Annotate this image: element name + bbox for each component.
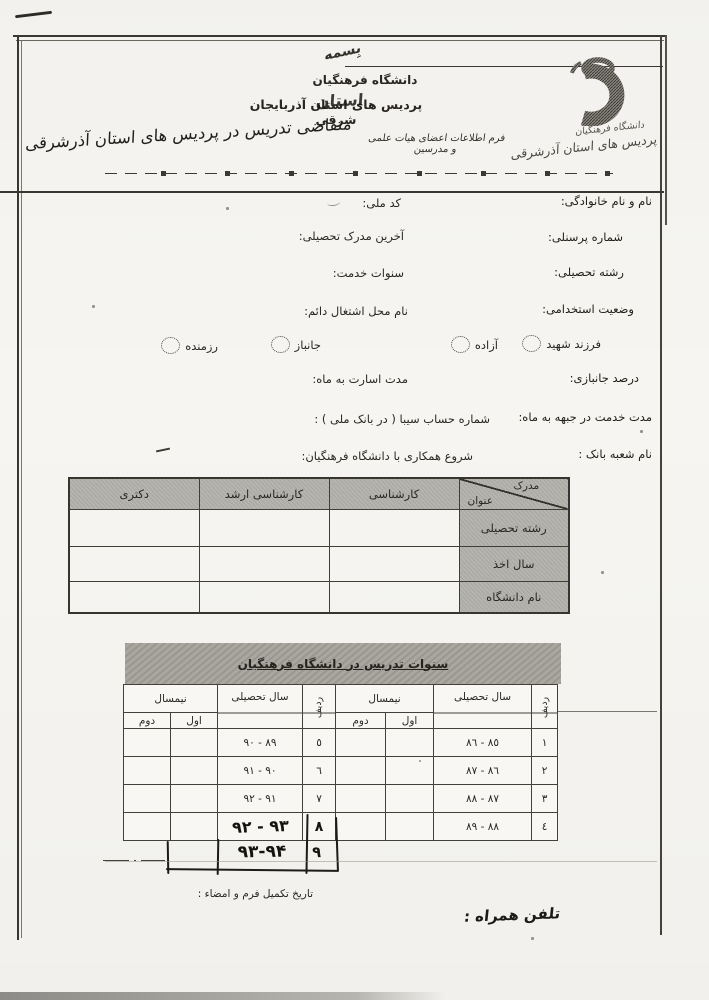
sem2-header-left: دوم xyxy=(124,713,171,729)
row-no-header-right: ردیف xyxy=(532,685,558,729)
option-razmandeh-label: رزمنده xyxy=(185,339,218,353)
row-no: ٧ xyxy=(303,785,336,813)
frame-top-outer xyxy=(13,35,667,37)
year-value: ٨٥ - ٨٦ xyxy=(434,729,532,757)
empty-cell xyxy=(329,581,459,613)
frame-left-outer xyxy=(17,35,19,940)
empty-cell xyxy=(199,509,329,546)
degree-table: مدرک عنوان کارشناسی کارشناسی ارشد دکتری … xyxy=(68,477,570,614)
table-row: ٣ ٨٧ - ٨٨ ٧ ٩١ - ٩٢ xyxy=(124,785,558,813)
date-signature-label: تاریخ تکمیل فرم و امضاء : xyxy=(198,888,313,900)
pen-tick-mark xyxy=(156,448,170,453)
added-row-year-handwritten: ۹۳-۹۴ xyxy=(218,841,306,863)
teaching-table-title: سنوات تدریس در دانشگاه فرهنگیان xyxy=(238,657,449,671)
noise-dot xyxy=(419,760,421,762)
bismillah-scribble: بِسمه xyxy=(324,40,361,64)
option-janbaz-label: جانباز xyxy=(295,338,321,352)
table-row: ١ ٨٥ - ٨٦ ٥ ٨٩ - ٩٠ xyxy=(124,729,558,757)
university-name: دانشگاه فرهنگیان xyxy=(298,73,432,87)
empty-cell xyxy=(386,729,434,757)
option-martyr-child: فرزند شهید xyxy=(522,335,601,352)
field-workplace: نام محل اشتغال دائم: xyxy=(304,304,408,318)
degree-row-university: نام دانشگاه xyxy=(459,581,569,613)
corner-title-label: عنوان xyxy=(468,495,494,507)
field-national-id: کد ملی: xyxy=(362,196,401,210)
empty-cell xyxy=(336,729,386,757)
dash-square-marks xyxy=(161,171,166,176)
semester-header-left: نیمسال xyxy=(124,685,218,713)
row-no: ٢ xyxy=(532,757,558,785)
degree-row-field: رشته تحصیلی xyxy=(459,509,569,546)
table-row: ٤ ٨٨ - ٨٩ ۸ ۹۲ - ۹۳ xyxy=(124,813,558,841)
degree-row-year: سال اخذ xyxy=(459,546,569,581)
empty-cell xyxy=(336,785,386,813)
year-value: ٨٨ - ٨٩ xyxy=(434,813,532,841)
header-line-extension xyxy=(557,711,657,712)
year-value: ٨٦ - ٨٧ xyxy=(434,757,532,785)
janbaz-circle xyxy=(271,336,290,353)
field-captivity-months: مدت اسارت به ماه: xyxy=(312,372,408,386)
empty-cell xyxy=(171,785,218,813)
field-study-field: رشته تحصیلی: xyxy=(554,265,624,279)
field-front-months: مدت خدمت در جبهه به ماه: xyxy=(518,410,652,424)
empty-cell xyxy=(386,785,434,813)
field-bank-branch: نام شعبه بانک : xyxy=(578,447,652,461)
table-row: ٢ ٨٦ - ٨٧ ٦ ٩٠ - ٩١ xyxy=(124,757,558,785)
row-no: ٤ xyxy=(532,813,558,841)
pen-scribble xyxy=(327,198,341,207)
empty-cell xyxy=(124,813,171,841)
empty-cell xyxy=(329,509,459,546)
razmandeh-circle xyxy=(161,337,180,354)
university-logo-icon xyxy=(550,56,642,126)
row-no: ١ xyxy=(532,729,558,757)
year-value-handwritten: ۹۲ - ۹۳ xyxy=(218,813,303,841)
hand-drawn-hline xyxy=(166,868,339,872)
option-razmandeh: رزمنده xyxy=(161,337,218,354)
noise-dot xyxy=(601,571,604,574)
frame-top-inner xyxy=(16,40,664,41)
scanned-form-page: بِسمه دانشگاه فرهنگیان پردیس های استان آ… xyxy=(0,0,709,1000)
degree-col-master: کارشناسی ارشد xyxy=(199,478,329,509)
year-header-right: سال تحصیلی xyxy=(434,685,532,729)
corner-degree-label: مدرک xyxy=(514,480,540,492)
semester-header-right: نیمسال xyxy=(336,685,434,713)
form-title-handwritten: متقاضی تدریس در پردیس های استان آذرشرقی xyxy=(34,114,352,152)
added-row-no-handwritten: ۹ xyxy=(312,843,322,861)
martyr-child-circle xyxy=(522,335,541,352)
row-no: ٥ xyxy=(303,729,336,757)
row-no-header-mid: ردیف xyxy=(303,685,336,729)
teaching-table: ردیف سال تحصیلی نیمسال ردیف سال تحصیلی ن… xyxy=(123,684,558,841)
pen-stroke-mark xyxy=(15,11,52,18)
row-no-rotated-text: ردیف xyxy=(314,696,325,717)
noise-dot xyxy=(226,207,229,210)
field-last-degree: آخرین مدرک تحصیلی: xyxy=(299,229,404,243)
year-value: ٨٧ - ٨٨ xyxy=(434,785,532,813)
sem1-header-right: اول xyxy=(386,713,434,729)
row-no: ٣ xyxy=(532,785,558,813)
option-azadeh-label: آزاده xyxy=(475,338,498,352)
field-cooperation-start: شروع همکاری با دانشگاه فرهنگیان: xyxy=(301,449,473,463)
empty-cell xyxy=(199,581,329,613)
teaching-table-title-bar: سنوات تدریس در دانشگاه فرهنگیان xyxy=(125,643,561,684)
field-service-years: سنوات خدمت: xyxy=(333,266,404,280)
sem1-header-left: اول xyxy=(171,713,218,729)
empty-cell xyxy=(124,785,171,813)
field-employment-status: وضعیت استخدامی: xyxy=(542,302,634,316)
option-martyr-child-label: فرزند شهید xyxy=(546,337,601,351)
form-title-printed: فرم اطلاعات اعضای هیات علمی و مدرسین xyxy=(364,133,507,155)
row-no: ٦ xyxy=(303,757,336,785)
option-janbaz: جانباز xyxy=(271,336,321,353)
empty-cell xyxy=(124,729,171,757)
empty-cell xyxy=(386,757,434,785)
empty-cell xyxy=(171,757,218,785)
scan-edge-strip xyxy=(0,992,445,1000)
mobile-phone-handwritten: تلفن همراه : xyxy=(463,904,561,925)
field-disability-percent: درصد جانبازی: xyxy=(570,371,639,385)
empty-cell xyxy=(336,813,386,841)
empty-cell xyxy=(171,813,218,841)
field-siba-account: شماره حساب سیبا ( در بانک ملی ) : xyxy=(314,412,490,426)
frame-right-outer xyxy=(660,35,662,935)
empty-cell xyxy=(124,757,171,785)
decorative-dashed-line xyxy=(105,170,613,177)
year-value: ٨٩ - ٩٠ xyxy=(218,729,303,757)
noise-dot xyxy=(531,937,534,940)
empty-cell xyxy=(171,729,218,757)
year-header-left: سال تحصیلی xyxy=(218,685,303,729)
empty-cell xyxy=(336,757,386,785)
empty-cell xyxy=(329,546,459,581)
frame-left-inner xyxy=(21,41,22,938)
degree-col-bachelor: کارشناسی xyxy=(329,478,459,509)
sem2-header-right: دوم xyxy=(336,713,386,729)
year-value: ٩١ - ٩٢ xyxy=(218,785,303,813)
noise-dot xyxy=(640,430,643,433)
row-no-rotated-text: ردیف xyxy=(539,696,550,717)
azadeh-circle xyxy=(451,336,470,353)
empty-cell xyxy=(69,546,199,581)
province-overlay-handwriting: استان xyxy=(315,90,364,111)
year-value: ٩٠ - ٩١ xyxy=(218,757,303,785)
field-full-name: نام و نام خانوادگی: xyxy=(561,194,652,208)
header-rule xyxy=(0,191,664,193)
field-personnel-no: شماره پرسنلی: xyxy=(548,230,623,244)
option-azadeh: آزاده xyxy=(451,336,498,353)
logo-svg xyxy=(550,56,642,126)
empty-cell xyxy=(69,509,199,546)
empty-cell xyxy=(69,581,199,613)
empty-cell xyxy=(386,813,434,841)
faint-rule xyxy=(105,861,657,862)
noise-dot xyxy=(92,305,95,308)
empty-cell xyxy=(199,546,329,581)
degree-col-phd: دکتری xyxy=(69,478,199,509)
degree-table-corner-cell: مدرک عنوان xyxy=(459,478,569,509)
